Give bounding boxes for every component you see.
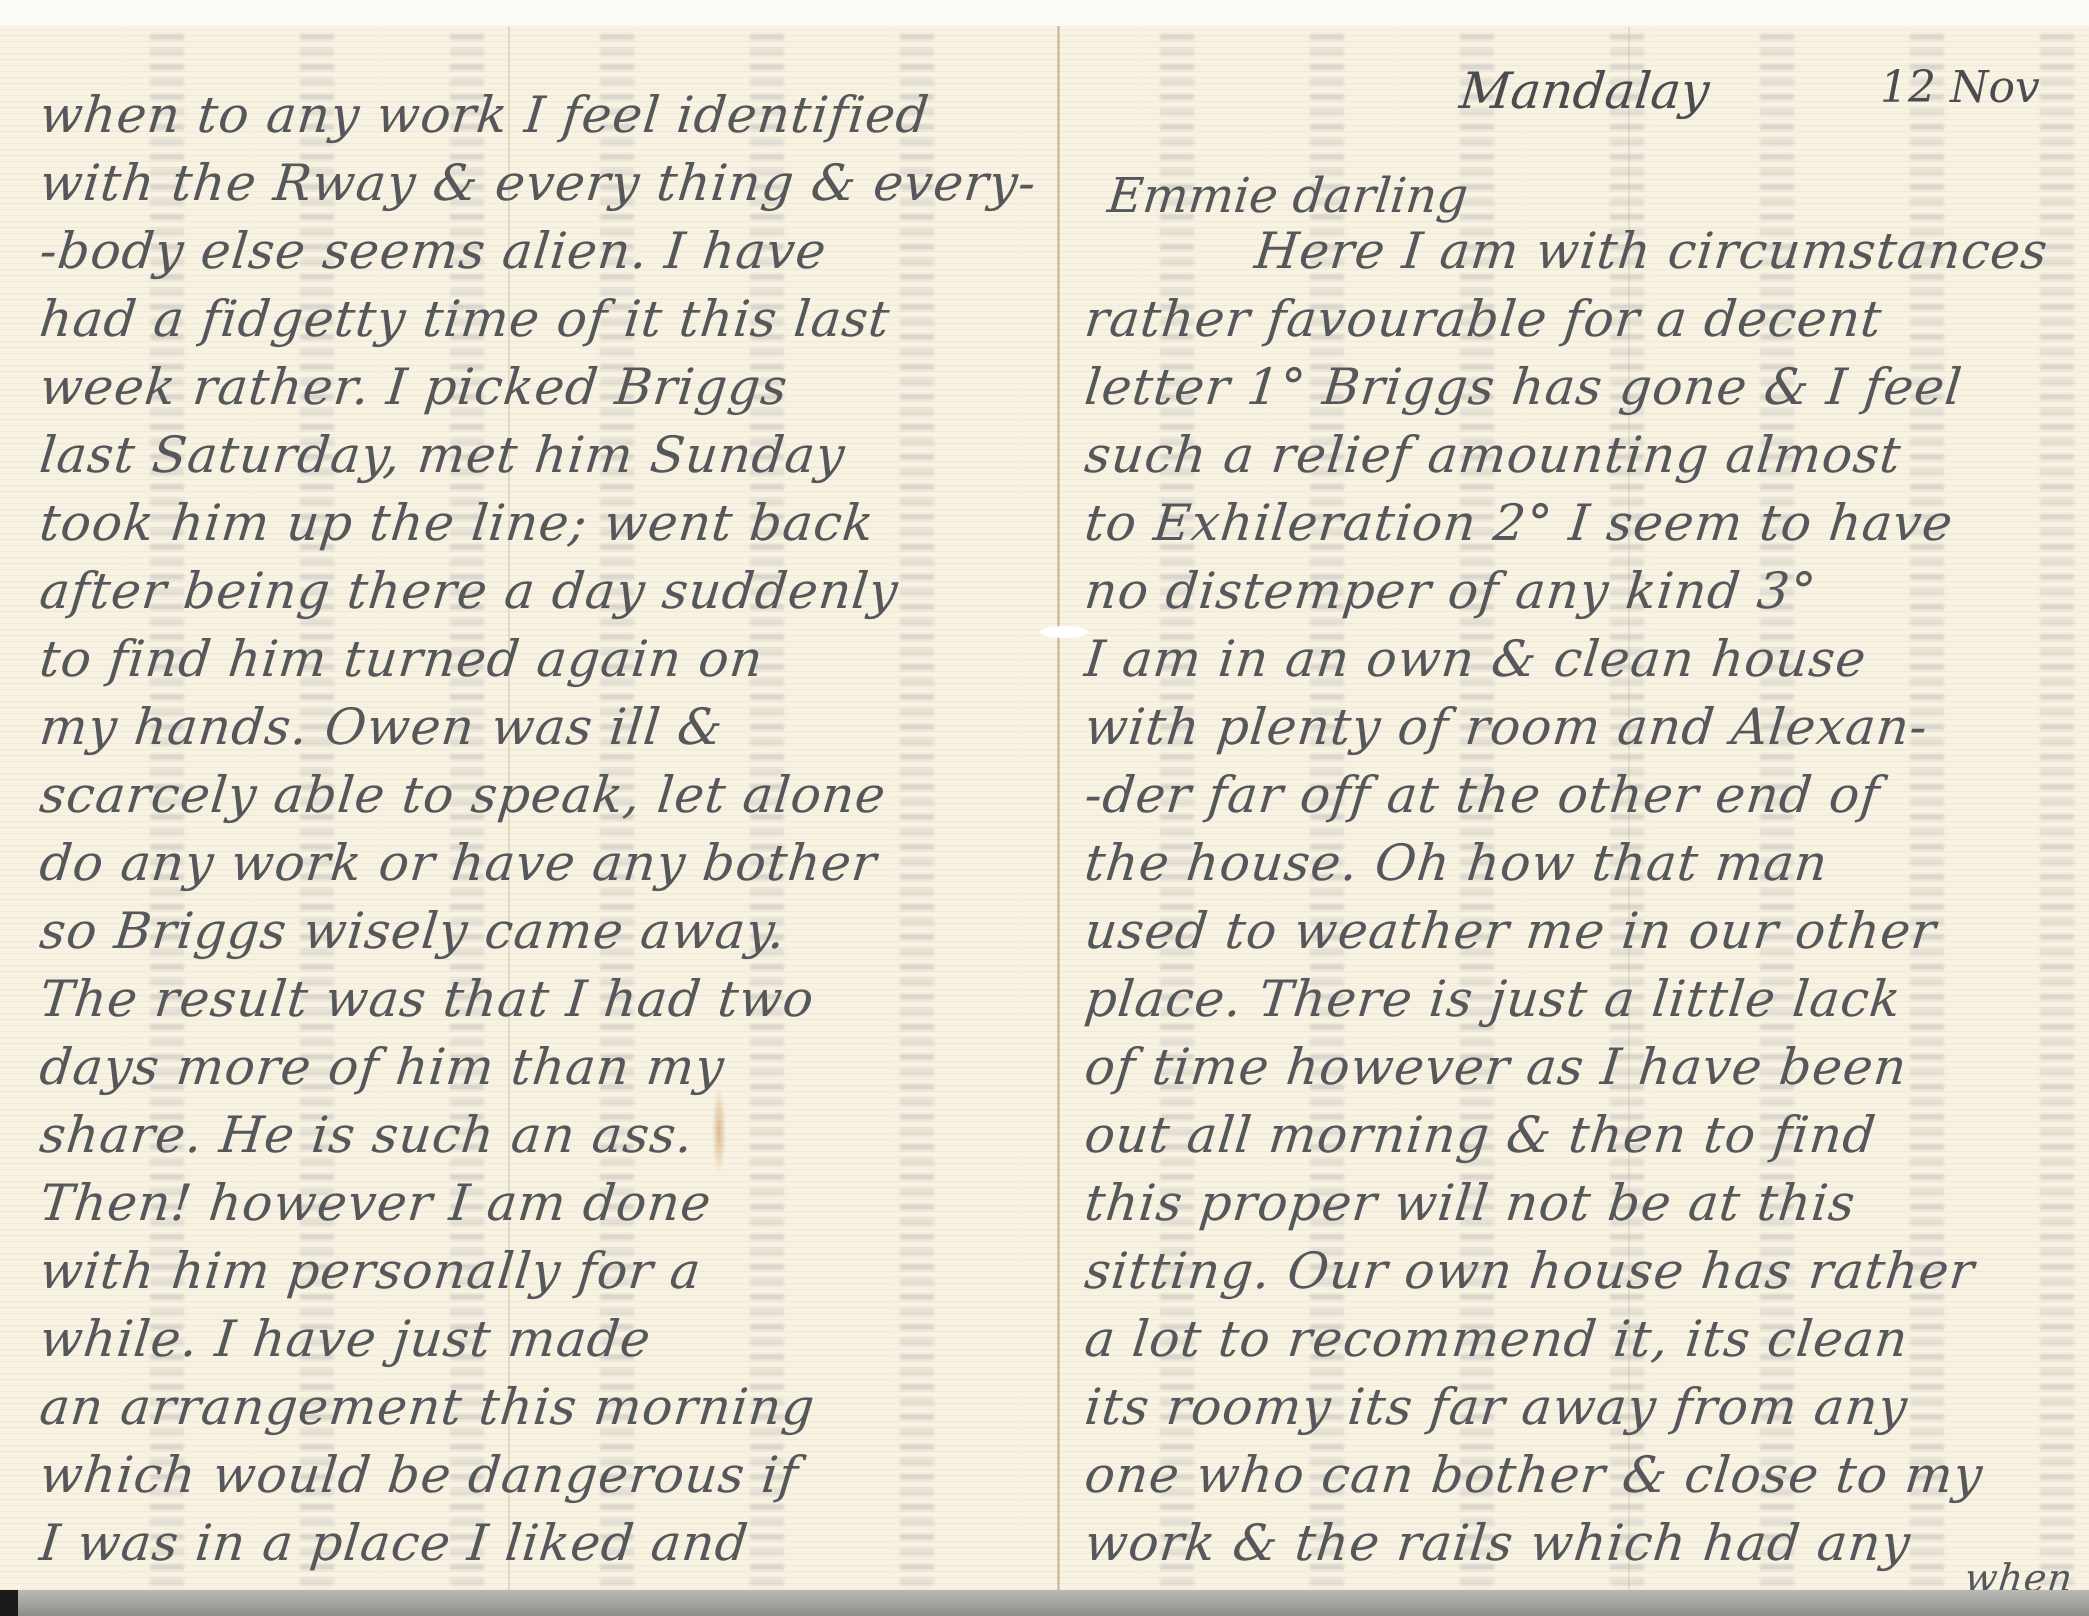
letter-sheet: when to any work I feel identified with … (0, 26, 2089, 1590)
text-line: with the Rway & every thing & every- (37, 154, 1039, 212)
text-line: took him up the line; went back (37, 494, 877, 552)
catchword: when (1963, 1556, 2076, 1590)
text-line: used to weather me in our other (1082, 902, 1939, 960)
text-line: letter 1° Briggs has gone & I feel (1082, 358, 1965, 416)
text-line: Then! however I am done (37, 1174, 714, 1232)
text-line: rather favourable for a decent (1082, 290, 1885, 348)
text-line: place. There is just a little lack (1082, 970, 1904, 1028)
text-line: share. He is such an ass. (37, 1106, 697, 1164)
text-line: -body else seems alien. I have (37, 222, 830, 280)
text-line: its roomy its far away from any (1082, 1378, 1911, 1436)
text-line: such a relief amounting almost (1082, 426, 1904, 484)
text-line: one who can bother & close to my (1082, 1446, 1986, 1504)
text-line: week rather. I picked Briggs (37, 358, 791, 416)
text-line: after being there a day suddenly (37, 562, 901, 620)
text-line: out all morning & then to find (1082, 1106, 1879, 1164)
text-line: to Exhileration 2° I seem to have (1082, 494, 1956, 552)
text-line: I was in a place I liked and (37, 1514, 751, 1572)
crosswriting-bleed (900, 26, 934, 1590)
text-line: while. I have just made (37, 1310, 654, 1368)
letter-salutation: Emmie darling (1105, 168, 1471, 224)
letter-place: Mandalay (1457, 62, 1712, 120)
text-line: do any work or have any bother (37, 834, 880, 892)
letter-date: 12 Nov (1880, 62, 2040, 113)
text-line: The result was that I had two (37, 970, 817, 1028)
text-line: of time however as I have been (1082, 1038, 1910, 1096)
text-line: which would be dangerous if (37, 1446, 802, 1504)
text-line: a lot to recommend it, its clean (1082, 1310, 1911, 1368)
text-line: sitting. Our own house has rather (1082, 1242, 1978, 1300)
text-line: with plenty of room and Alexan- (1082, 698, 1931, 756)
text-line: scarcely able to speak, let alone (37, 766, 889, 824)
scanner-bed-edge (0, 1590, 2089, 1616)
text-line: I am in an own & clean house (1082, 630, 1870, 688)
text-line: when to any work I feel identified (37, 86, 932, 144)
fold-tear (1040, 626, 1088, 638)
text-line: to find him turned again on (37, 630, 766, 688)
text-line: so Briggs wisely came away. (37, 902, 789, 960)
text-line: last Saturday, met him Sunday (37, 426, 848, 484)
text-line: days more of him than my (37, 1038, 727, 1096)
center-fold-crease (1057, 26, 1060, 1590)
text-line: the house. Oh how that man (1082, 834, 1831, 892)
text-line: with him personally for a (37, 1242, 704, 1300)
ink-stain (712, 1086, 726, 1176)
scan-top-margin (0, 0, 2089, 26)
text-line: Here I am with circumstances (1252, 222, 2051, 280)
text-line: my hands. Owen was ill & (37, 698, 726, 756)
text-line: had a fidgetty time of it this last (37, 290, 893, 348)
text-line: -der far off at the other end of (1082, 766, 1883, 824)
scanner-corner (0, 1590, 18, 1616)
text-line: an arrangement this morning (37, 1378, 818, 1436)
text-line: this proper will not be at this (1082, 1174, 1859, 1232)
text-line: work & the rails which had any (1082, 1514, 1914, 1572)
text-line: no distemper of any kind 3° (1082, 562, 1819, 620)
